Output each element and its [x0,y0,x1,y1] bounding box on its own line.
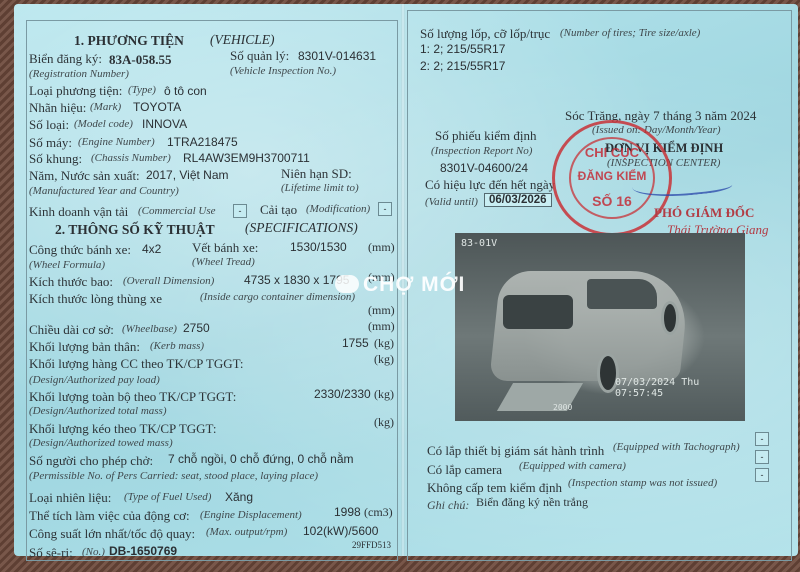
inspection-no-label: Số quản lý: [230,48,289,64]
commercial-en: (Commercial Use [138,205,216,217]
vehicle-photo: 83-01V 07/03/2024 Thu 07:57:45 2000 [455,233,745,421]
fuel-label: Loại nhiên liệu: [29,490,111,506]
fuel-en: (Type of Fuel Used) [124,491,211,503]
report-en: (Inspection Report No) [431,145,532,157]
tire-axle-2: 2: 2; 215/55R17 [420,59,505,73]
chassis-en: (Chassis Number) [91,152,171,164]
tachograph-en: (Equipped with Tachograph) [613,441,740,453]
wheel-formula-value: 4x2 [142,242,161,256]
camera-checkbox: - [755,450,769,464]
mark-label: Nhãn hiệu: [29,100,86,116]
engine-en: (Engine Number) [78,136,155,148]
vehicle-heading-en: (VEHICLE) [210,32,275,48]
valid-en: (Valid until) [425,196,478,208]
displacement-en: (Engine Displacement) [200,509,302,521]
displacement-value: 1998 [334,505,361,519]
displacement-unit: (cm3) [364,505,393,520]
commercial-label: Kinh doanh vận tải [29,204,128,220]
output-label: Công suất lớn nhất/tốc độ quay: [29,526,195,542]
modification-en: (Modification) [306,203,370,215]
manufactured-label: Năm, Nước sản xuất: [29,168,140,184]
wheelbase-unit: (mm) [368,319,395,334]
total-mass-value: 2330/2330 [314,387,371,401]
wheel-tread-unit: (mm) [368,240,395,255]
watermark: CHỢ MỚI [335,273,465,297]
tachograph-label: Có lắp thiết bị giám sát hành trình [427,443,604,459]
engine-label: Số máy: [29,135,72,151]
inspection-no-en: (Vehicle Inspection No.) [230,65,336,77]
wheelbase-en: (Wheelbase) [122,323,177,335]
engine-value: 1TRA218475 [167,135,238,149]
camera-equipped-label: Có lắp camera [427,462,502,478]
model-label: Số loại: [29,117,69,133]
towed-mass-en: (Design/Authorized towed mass) [29,437,173,449]
wheel-formula-en: (Wheel Formula) [29,259,105,271]
valid-until-value: 06/03/2026 [484,193,552,207]
mark-value: TOYOTA [133,100,181,114]
manufactured-value: 2017, Việt Nam [146,168,229,182]
registration-label: Biển đăng ký: [29,51,102,67]
wheel-tread-en: (Wheel Tread) [192,256,255,268]
wheel-formula-label: Công thức bánh xe: [29,242,131,258]
no-stamp-en: (Inspection stamp was not issued) [568,477,717,489]
displacement-label: Thể tích làm việc của động cơ: [29,508,190,524]
no-stamp-checkbox: - [755,468,769,482]
tire-axle-1: 1: 2; 215/55R17 [420,42,505,56]
mark-en: (Mark) [90,101,121,113]
report-value: 8301V-04600/24 [440,161,528,175]
no-stamp-label: Không cấp tem kiểm định [427,480,562,496]
camera-label: 83-01V [461,238,497,249]
serial-label: Số sê-ri: [29,545,73,561]
type-value: ô tô con [164,84,207,98]
type-en: (Type) [128,84,156,96]
registration-value: 83A-058.55 [109,52,171,68]
photo-timestamp: 07/03/2024 Thu 07:57:45 [615,377,745,399]
modification-checkbox: - [378,202,392,216]
model-value: INNOVA [142,117,187,131]
total-mass-en: (Design/Authorized total mass) [29,405,167,417]
cargo-label: Kích thước lòng thùng xe [29,291,162,307]
specs-heading-en: (SPECIFICATIONS) [245,220,358,236]
tires-label: Số lượng lốp, cỡ lốp/trục [420,26,550,42]
commercial-checkbox: - [233,204,247,218]
signer-title: PHÓ GIÁM ĐỐC [654,205,754,221]
registration-en: (Registration Number) [29,68,129,80]
note-label: Ghi chú: [427,498,469,513]
overall-dimension-value: 4735 x 1830 x 1795 [244,273,349,287]
report-label: Số phiếu kiểm định [435,128,536,144]
persons-label: Số người cho phép chở: [29,453,153,469]
kerb-mass-label: Khối lượng bản thân: [29,339,140,355]
tachograph-checkbox: - [755,432,769,446]
output-en: (Max. output/rpm) [206,526,287,538]
wheelbase-value: 2750 [183,321,210,335]
lifetime-en: (Lifetime limit to) [281,182,359,194]
camera-equipped-en: (Equipped with camera) [519,460,626,472]
chassis-value: RL4AW3EM9H3700711 [183,151,310,165]
towed-mass-unit: (kg) [374,415,394,430]
total-mass-label: Khối lượng toàn bộ theo TK/CP TGGT: [29,389,236,405]
chat-bubble-icon [335,275,359,293]
wheel-tread-value: 1530/1530 [290,240,347,254]
total-mass-unit: (kg) [374,387,394,402]
cargo-en: (Inside cargo container dimension) [200,291,355,303]
payload-label: Khối lượng hàng CC theo TK/CP TGGT: [29,356,244,372]
manufactured-en: (Manufactured Year and Country) [29,185,179,197]
overall-dimension-en: (Overall Dimension) [123,275,214,287]
valid-label: Có hiệu lực đến hết ngày [425,177,555,193]
vehicle-heading: 1. PHƯƠNG TIỆN [74,33,184,49]
wheel-tread-label: Vết bánh xe: [192,240,258,256]
payload-unit: (kg) [374,352,394,367]
serial-en: (No.) [82,546,105,558]
output-value: 102(kW)/5600 [303,524,378,538]
inspection-no-value: 8301V-014631 [298,49,376,63]
note-value: Biển đăng ký nền trắng [476,495,588,510]
persons-en: (Permissible No. of Pers Carried: seat, … [29,470,318,482]
kerb-mass-en: (Kerb mass) [150,340,204,352]
modification-label: Cải tạo [260,202,297,218]
overall-dimension-label: Kích thước bao: [29,274,113,290]
specs-heading: 2. THÔNG SỐ KỸ THUẬT [55,222,215,238]
tires-en: (Number of tires; Tire size/axle) [560,27,700,39]
serial-value: DB-1650769 [109,544,177,558]
ramp-label: 2000 [553,403,572,412]
kerb-mass-value: 1755 [342,336,369,350]
towed-mass-label: Khối lượng kéo theo TK/CP TGGT: [29,421,216,437]
form-code: 29FFD513 [352,540,391,550]
lifetime-label: Niên hạn SD: [281,166,352,182]
cargo-unit: (mm) [368,303,395,318]
payload-en: (Design/Authorized pay load) [29,374,160,386]
fuel-value: Xăng [225,490,253,504]
wheel-icon [661,301,679,335]
chassis-label: Số khung: [29,151,82,167]
kerb-mass-unit: (kg) [374,336,394,351]
persons-value: 7 chỗ ngồi, 0 chỗ đứng, 0 chỗ nằm [168,452,354,466]
type-label: Loại phương tiện: [29,83,122,99]
model-en: (Model code) [74,118,133,130]
wheelbase-label: Chiều dài cơ sở: [29,322,114,338]
seal-line-1: CHI CỤC [555,145,669,160]
